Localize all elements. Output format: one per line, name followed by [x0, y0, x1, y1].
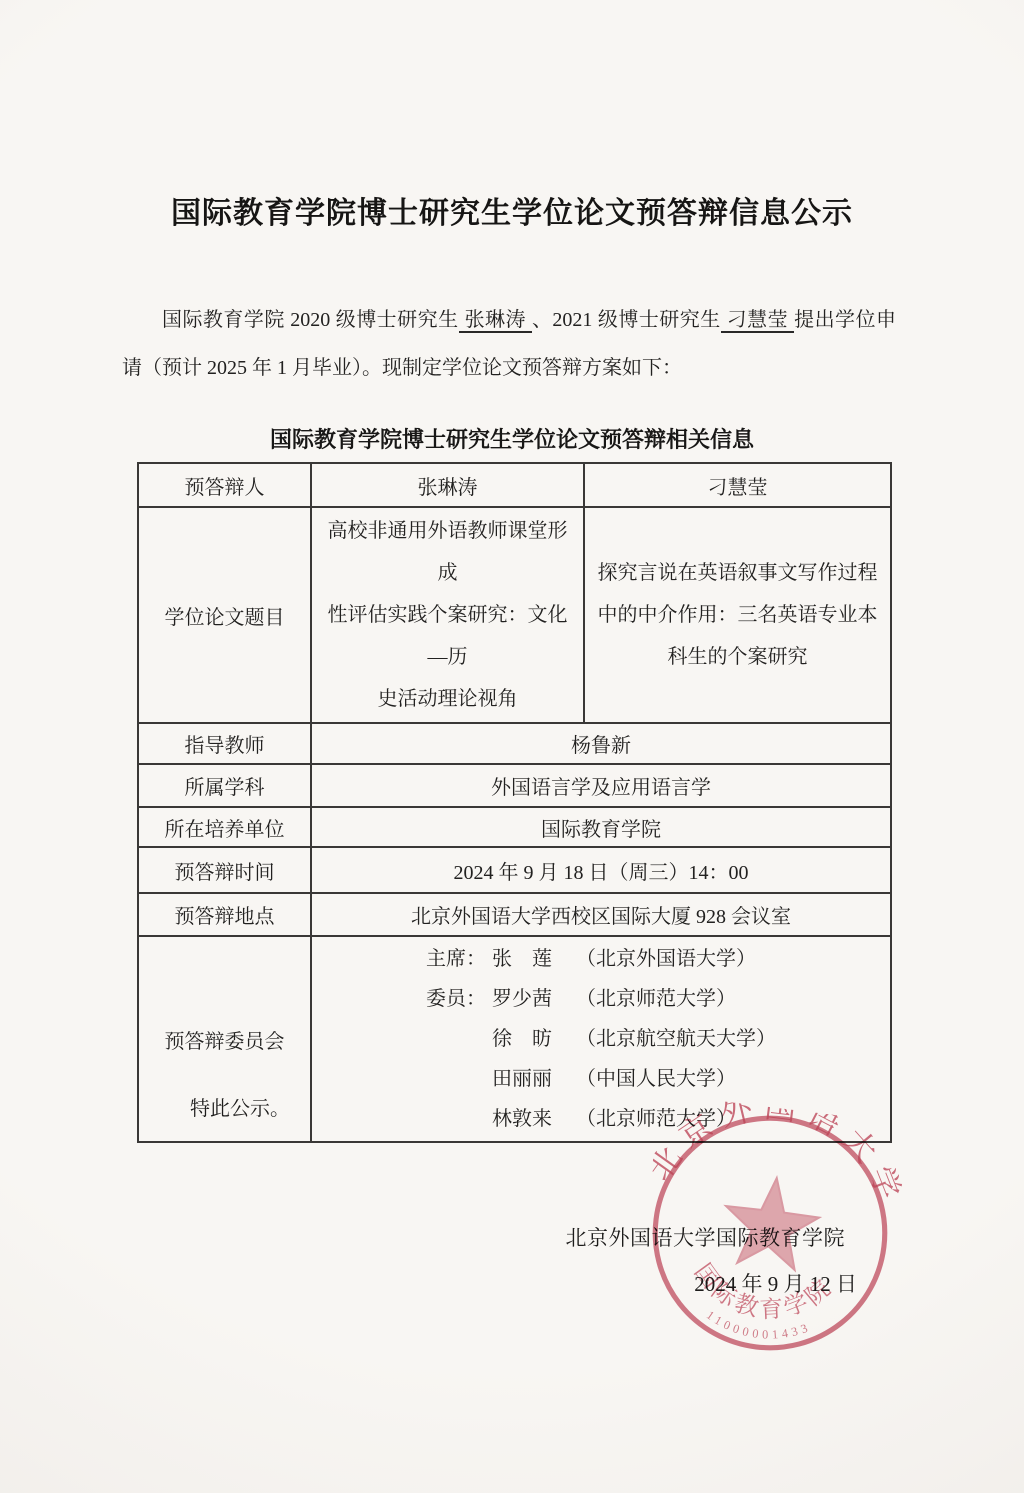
candidate-1-cell: 张琳涛 [311, 463, 584, 507]
member-affiliation: （中国人民大学） [576, 1059, 736, 1099]
member-name: 徐 昉 [492, 1019, 570, 1059]
table-caption: 国际教育学院博士研究生学位论文预答辩相关信息 [0, 423, 1024, 454]
member-role: 主席： [426, 939, 492, 979]
table-row-thesis-title: 学位论文题目 高校非通用外语教师课堂形成 性评估实践个案研究：文化—历 史活动理… [138, 507, 891, 723]
member-affiliation: （北京师范大学） [576, 1099, 736, 1139]
member-name: 罗少茜 [492, 979, 570, 1019]
committee-member: 林敦来 （北京师范大学） [426, 1099, 776, 1139]
member-name: 田丽丽 [492, 1059, 570, 1099]
row-label-thesis-title: 学位论文题目 [138, 507, 311, 723]
committee-member: 主席： 张 莲 （北京外国语大学） [426, 939, 776, 979]
member-affiliation: （北京外国语大学） [576, 939, 756, 979]
member-affiliation: （北京航空航天大学） [576, 1019, 776, 1059]
document-page: 国际教育学院博士研究生学位论文预答辩信息公示 国际教育学院 2020 级博士研究… [0, 0, 1024, 1493]
page-title: 国际教育学院博士研究生学位论文预答辩信息公示 [0, 188, 1024, 232]
row-label-time: 预答辩时间 [138, 847, 311, 893]
training-unit-value: 国际教育学院 [311, 807, 891, 847]
candidate-name-underlined-1: 张琳涛 [459, 309, 532, 333]
intro-mid: 、2021 级博士研究生 [532, 309, 721, 331]
table-row-place: 预答辩地点 北京外国语大学西校区国际大厦 928 会议室 [138, 893, 891, 936]
table-row-supervisor: 指导教师 杨鲁新 [138, 723, 891, 764]
committee-member: 田丽丽 （中国人民大学） [426, 1059, 776, 1099]
committee-cell: 主席： 张 莲 （北京外国语大学） 委员： 罗少茜 （北京师范大学） 徐 昉 （… [311, 936, 891, 1142]
intro-lead: 国际教育学院 2020 级博士研究生 [162, 309, 459, 331]
table-row-candidate: 预答辩人 张琳涛 刁慧莹 [138, 463, 891, 507]
row-label-place: 预答辩地点 [138, 893, 311, 936]
stamp-serial-textpath: 11000001433 [702, 1307, 815, 1347]
committee-member: 委员： 罗少茜 （北京师范大学） [426, 979, 776, 1019]
signature-date: 2024 年 9 月 12 日 [694, 1268, 857, 1298]
table-row-discipline: 所属学科 外国语言学及应用语言学 [138, 764, 891, 807]
table-row-training-unit: 所在培养单位 国际教育学院 [138, 807, 891, 847]
member-name: 张 莲 [492, 939, 570, 979]
member-affiliation: （北京师范大学） [576, 979, 736, 1019]
candidate-name-underlined-2: 刁慧莹 [721, 309, 794, 333]
row-label-candidate: 预答辩人 [138, 463, 311, 507]
member-name: 林敦来 [492, 1099, 570, 1139]
thesis-title-2: 探究言说在英语叙事文写作过程 中的中介作用：三名英语专业本 科生的个案研究 [584, 507, 891, 723]
thesis-title-1: 高校非通用外语教师课堂形成 性评估实践个案研究：文化—历 史活动理论视角 [311, 507, 584, 723]
place-value: 北京外国语大学西校区国际大厦 928 会议室 [311, 893, 891, 936]
discipline-value: 外国语言学及应用语言学 [311, 764, 891, 807]
committee-list: 主席： 张 莲 （北京外国语大学） 委员： 罗少茜 （北京师范大学） 徐 昉 （… [426, 939, 776, 1139]
pre-defense-info-table: 预答辩人 张琳涛 刁慧莹 学位论文题目 高校非通用外语教师课堂形成 性评估实践个… [137, 462, 892, 1143]
intro-paragraph: 国际教育学院 2020 级博士研究生张琳涛、2021 级博士研究生刁慧莹提出学位… [122, 296, 896, 392]
stamp-serial-number: 11000001433 [702, 1307, 815, 1347]
row-label-training-unit: 所在培养单位 [138, 807, 311, 847]
closing-statement: 特此公示。 [190, 1092, 290, 1121]
signature-organization: 北京外国语大学国际教育学院 [566, 1222, 846, 1252]
committee-member: 徐 昉 （北京航空航天大学） [426, 1019, 776, 1059]
row-label-supervisor: 指导教师 [138, 723, 311, 764]
member-role: 委员： [426, 979, 492, 1019]
candidate-2-cell: 刁慧莹 [584, 463, 891, 507]
supervisor-value: 杨鲁新 [311, 723, 891, 764]
row-label-discipline: 所属学科 [138, 764, 311, 807]
table-row-time: 预答辩时间 2024 年 9 月 18 日（周三）14：00 [138, 847, 891, 893]
time-value: 2024 年 9 月 18 日（周三）14：00 [311, 847, 891, 893]
